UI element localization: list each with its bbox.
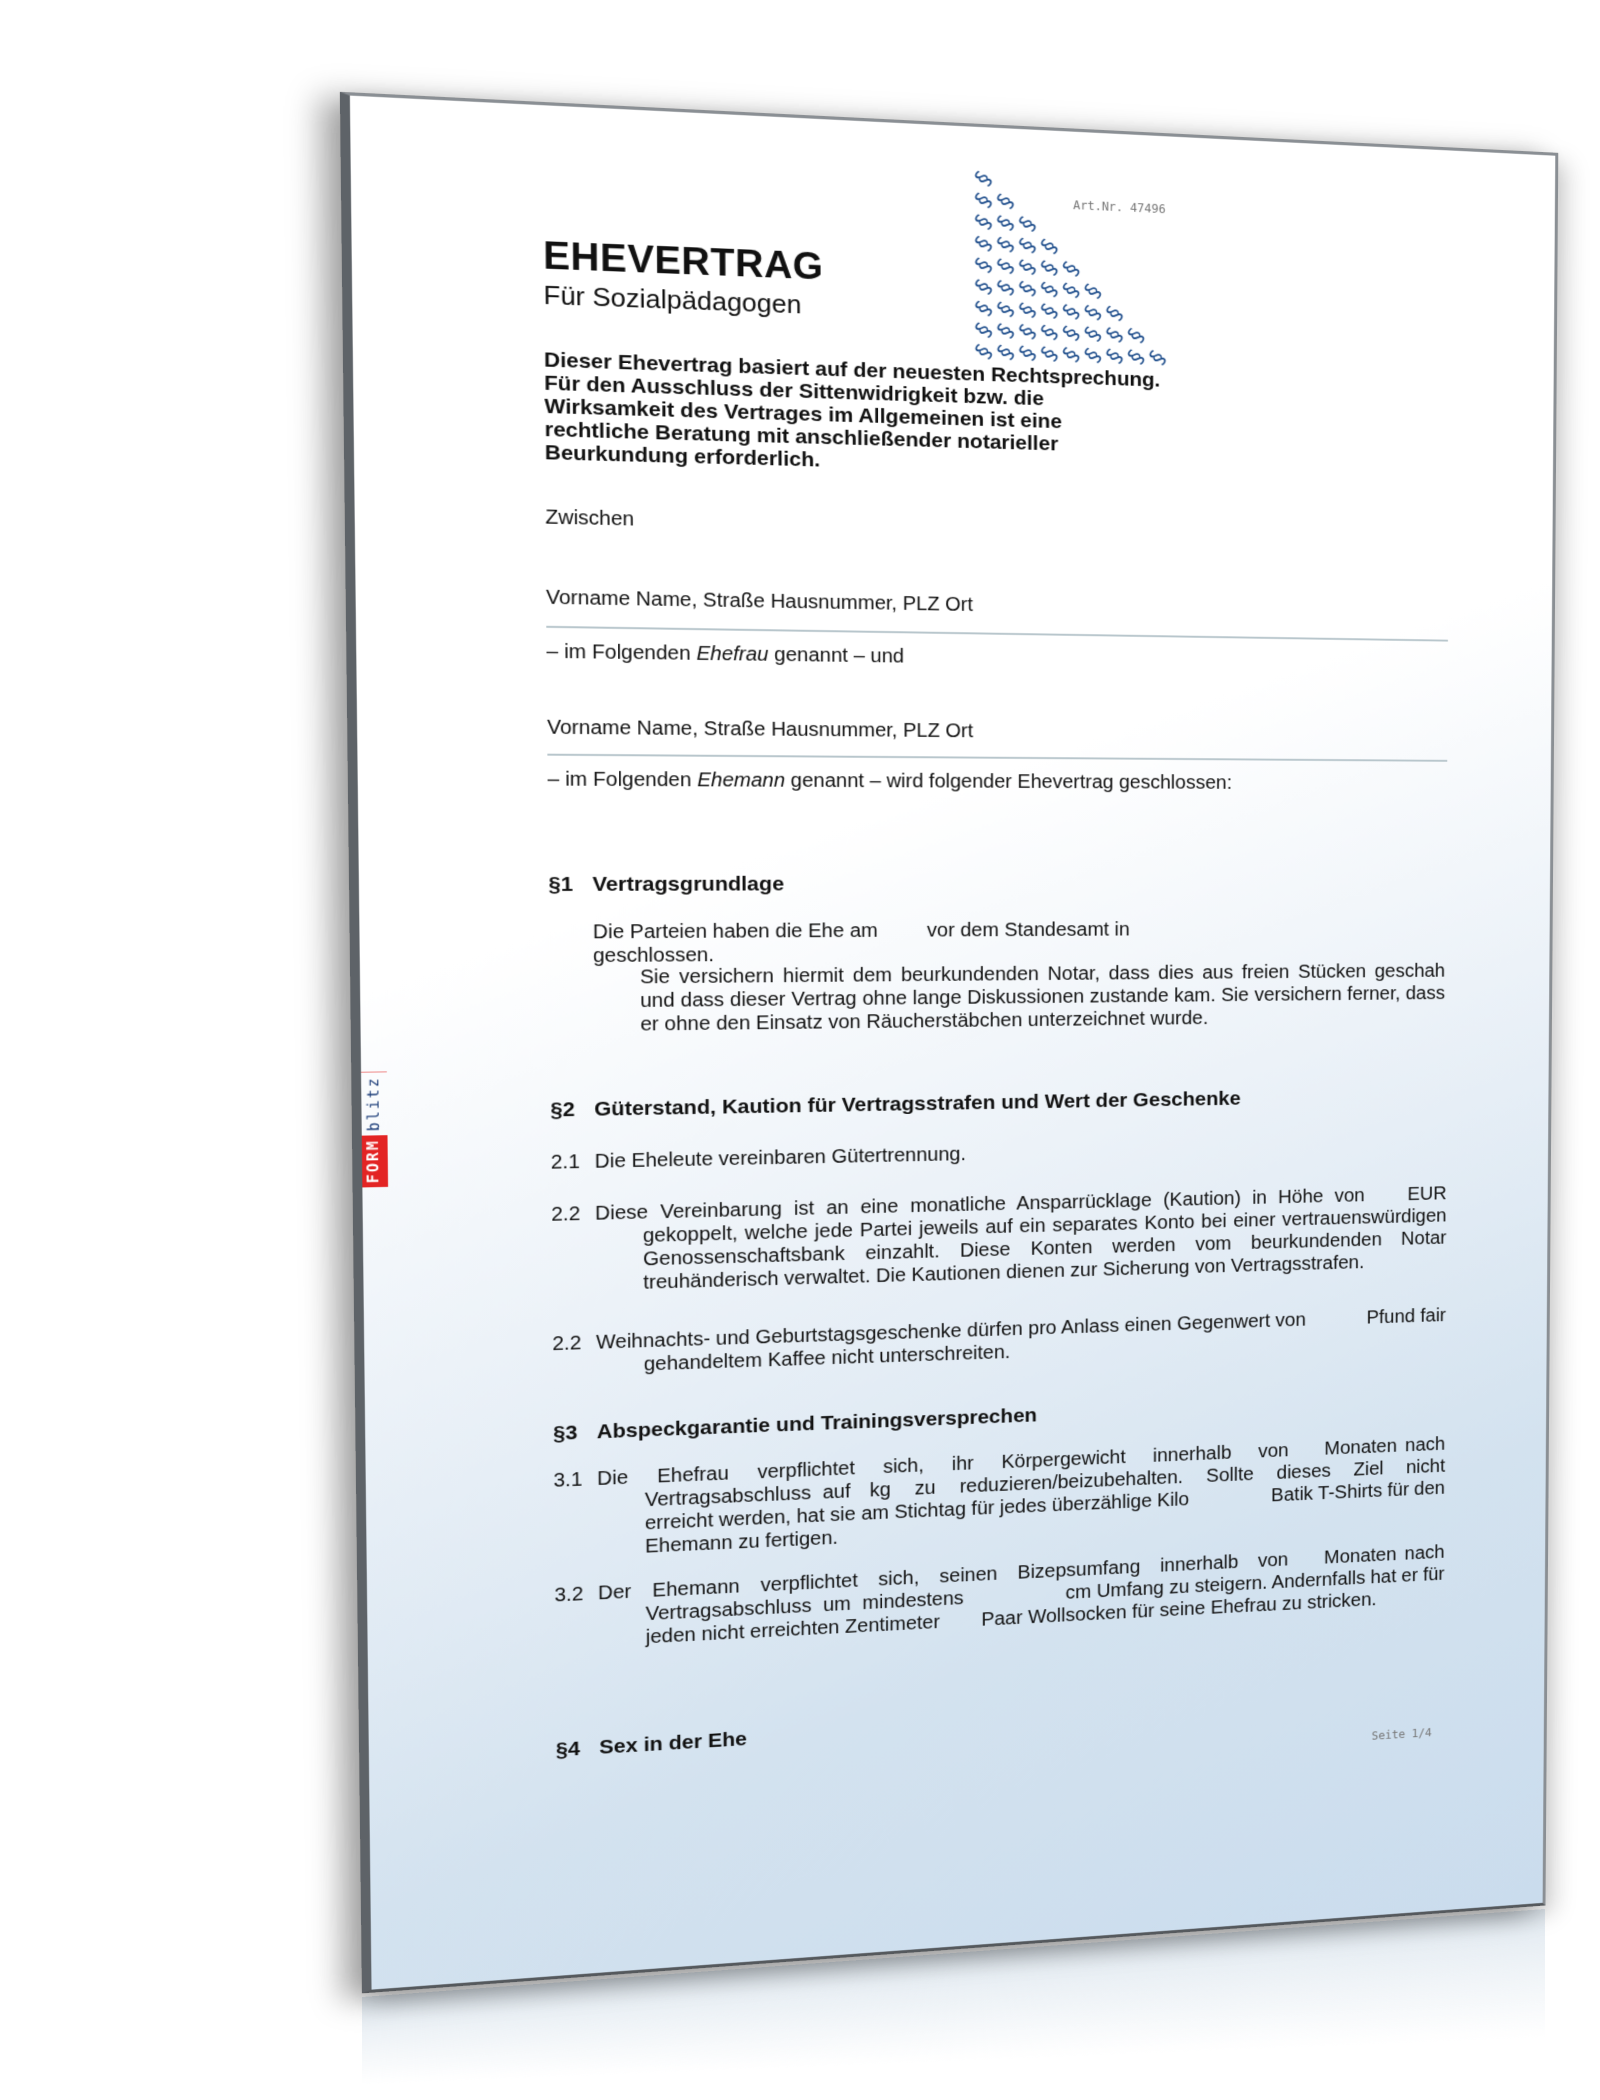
paragraph-sign-icon: § bbox=[1102, 302, 1128, 325]
paragraph-sign-icon: § bbox=[971, 232, 998, 256]
formblitz-logo-form: FORM bbox=[360, 1135, 388, 1187]
closed-label: geschlossen. bbox=[593, 945, 714, 967]
section-3-number: §3 bbox=[553, 1421, 597, 1446]
item-2-1: 2.1Die Eheleute vereinbaren Gütertrennun… bbox=[551, 1134, 1447, 1175]
intro-notice: Dieser Ehevertrag basiert auf der neuest… bbox=[544, 348, 1165, 480]
section-4-number: §4 bbox=[556, 1737, 600, 1763]
paragraph-sign-icon: § bbox=[1124, 324, 1150, 347]
item-2-2b: 2.2 Weihnachts- und Geburtstagsgeschenke… bbox=[552, 1304, 1446, 1379]
party2-role: – im Folgenden Ehemann genannt – wird fo… bbox=[547, 768, 1231, 795]
party1-rule bbox=[546, 626, 1448, 642]
paragraph-pattern-icon: §§§§§§§§§§§§§§§§§§§§§§§§§§§§§§§§§§§§§§§§… bbox=[978, 166, 1166, 369]
item-3-1-number: 3.1 bbox=[553, 1467, 597, 1492]
formblitz-logo: FORM blitz bbox=[359, 1047, 393, 1187]
item-3-2-number: 3.2 bbox=[554, 1582, 598, 1607]
paragraph-sign-icon: § bbox=[1080, 280, 1106, 303]
paragraph-sign-icon: § bbox=[993, 319, 1020, 342]
formblitz-logo-blitz: blitz bbox=[359, 1071, 388, 1135]
paragraph-sign-icon: § bbox=[993, 298, 1020, 321]
section-3-title: Abspeckgarantie und Trainingsversprechen bbox=[597, 1404, 1037, 1443]
paragraph-sign-icon: § bbox=[1080, 323, 1106, 346]
section-1-line: Die Parteien haben die Ehe am vor dem St… bbox=[593, 918, 1195, 968]
item-2-1-text: Die Eheleute vereinbaren Gütertrennung. bbox=[595, 1144, 966, 1173]
paragraph-sign-icon: § bbox=[993, 341, 1020, 364]
section-3-heading: §3Abspeckgarantie und Trainingsversprech… bbox=[553, 1404, 1037, 1446]
item-2-2b-unit: Pfund fair bbox=[1366, 1304, 1446, 1329]
paragraph-sign-icon: § bbox=[971, 211, 998, 235]
item-3-1: 3.1 Die Ehefrau verpflichtet sich, ihr K… bbox=[553, 1433, 1445, 1563]
paragraph-sign-icon: § bbox=[993, 233, 1020, 257]
party2-role-name: Ehemann bbox=[697, 769, 785, 791]
section-1-title: Vertragsgrundlage bbox=[592, 873, 784, 896]
paragraph-sign-icon: § bbox=[1015, 277, 1042, 300]
between-label: Zwischen bbox=[545, 505, 634, 531]
party2-rule bbox=[547, 754, 1447, 762]
section-1-number: §1 bbox=[548, 873, 592, 897]
section-1-heading: §1Vertragsgrundlage bbox=[548, 873, 784, 897]
paragraph-sign-icon: § bbox=[1037, 257, 1064, 280]
paragraph-sign-icon: § bbox=[993, 255, 1020, 278]
section-2-number: §2 bbox=[550, 1098, 594, 1122]
paragraph-sign-icon: § bbox=[971, 297, 998, 320]
item-2-2: 2.2 Diese Vereinbarung ist an eine monat… bbox=[551, 1183, 1447, 1298]
document-page: §§§§§§§§§§§§§§§§§§§§§§§§§§§§§§§§§§§§§§§§… bbox=[340, 92, 1558, 1993]
paragraph-sign-icon: § bbox=[971, 340, 998, 363]
party1-role-prefix: – im Folgenden bbox=[546, 641, 696, 665]
paragraph-sign-icon: § bbox=[1080, 301, 1106, 324]
paragraph-sign-icon: § bbox=[1123, 346, 1149, 369]
party1-role-name: Ehefrau bbox=[696, 643, 768, 666]
party2-role-prefix: – im Folgenden bbox=[547, 769, 697, 792]
paragraph-sign-icon: § bbox=[1037, 235, 1064, 258]
section-4-heading: §4Sex in der Ehe bbox=[556, 1728, 747, 1762]
paragraph-sign-icon: § bbox=[1058, 279, 1084, 302]
paragraph-sign-icon: § bbox=[1015, 212, 1042, 236]
paragraph-sign-icon: § bbox=[1058, 322, 1084, 345]
paragraph-sign-icon: § bbox=[971, 254, 998, 278]
party2-address-field[interactable]: Vorname Name, Straße Hausnummer, PLZ Ort bbox=[547, 716, 973, 743]
paragraph-sign-icon: § bbox=[1058, 300, 1084, 323]
paragraph-sign-icon: § bbox=[1015, 342, 1042, 365]
item-2-2-currency: EUR bbox=[1407, 1183, 1446, 1206]
paragraph-sign-icon: § bbox=[1058, 343, 1084, 366]
page-number: Seite 1/4 bbox=[1372, 1726, 1432, 1742]
paragraph-sign-icon: § bbox=[1037, 321, 1064, 344]
paragraph-sign-icon: § bbox=[1015, 256, 1042, 279]
party1-role: – im Folgenden Ehefrau genannt – und bbox=[546, 640, 904, 669]
paragraph-sign-icon: § bbox=[1058, 257, 1085, 280]
paragraph-sign-icon: § bbox=[1015, 299, 1042, 322]
paragraph-sign-icon: § bbox=[1037, 300, 1064, 323]
marriage-date-label: Die Parteien haben die Ehe am bbox=[593, 920, 878, 943]
section-2-title: Güterstand, Kaution für Vertragsstrafen … bbox=[594, 1088, 1241, 1121]
item-2-2b-number: 2.2 bbox=[552, 1331, 596, 1356]
paragraph-sign-icon: § bbox=[971, 319, 998, 342]
paragraph-sign-icon: § bbox=[1037, 278, 1064, 301]
paragraph-sign-icon: § bbox=[971, 275, 998, 298]
paragraph-sign-icon: § bbox=[1102, 345, 1128, 368]
party1-role-suffix: genannt – und bbox=[768, 644, 904, 667]
party2-role-suffix: genannt – wird folgender Ehevertrag gesc… bbox=[785, 770, 1232, 794]
paragraph-sign-icon: § bbox=[971, 189, 998, 213]
paragraph-sign-icon: § bbox=[970, 167, 997, 191]
paragraph-sign-icon: § bbox=[1015, 320, 1042, 343]
registry-office-label: vor dem Standesamt in bbox=[927, 919, 1130, 941]
party1-address-field[interactable]: Vorname Name, Straße Hausnummer, PLZ Ort bbox=[546, 586, 973, 617]
paragraph-sign-icon: § bbox=[1015, 234, 1042, 257]
section-2-heading: §2Güterstand, Kaution für Vertragsstrafe… bbox=[550, 1088, 1240, 1123]
paragraph-sign-icon: § bbox=[993, 211, 1020, 235]
paragraph-sign-icon: § bbox=[1145, 346, 1171, 369]
paragraph-sign-icon: § bbox=[1080, 344, 1106, 367]
paragraph-sign-icon: § bbox=[993, 276, 1020, 299]
item-2-1-number: 2.1 bbox=[551, 1150, 595, 1174]
section-1-paragraph: Sie versichern hiermit dem beurkundenden… bbox=[640, 960, 1445, 1037]
document-preview: §§§§§§§§§§§§§§§§§§§§§§§§§§§§§§§§§§§§§§§§… bbox=[0, 0, 1600, 2100]
section-4-title: Sex in der Ehe bbox=[599, 1728, 747, 1759]
item-3-2: 3.2 Der Ehemann verpflichtet sich, seine… bbox=[554, 1541, 1444, 1654]
paragraph-sign-icon: § bbox=[1102, 324, 1128, 347]
paragraph-sign-icon: § bbox=[993, 190, 1020, 214]
paragraph-sign-icon: § bbox=[1037, 343, 1064, 366]
item-2-2-number: 2.2 bbox=[551, 1202, 595, 1227]
